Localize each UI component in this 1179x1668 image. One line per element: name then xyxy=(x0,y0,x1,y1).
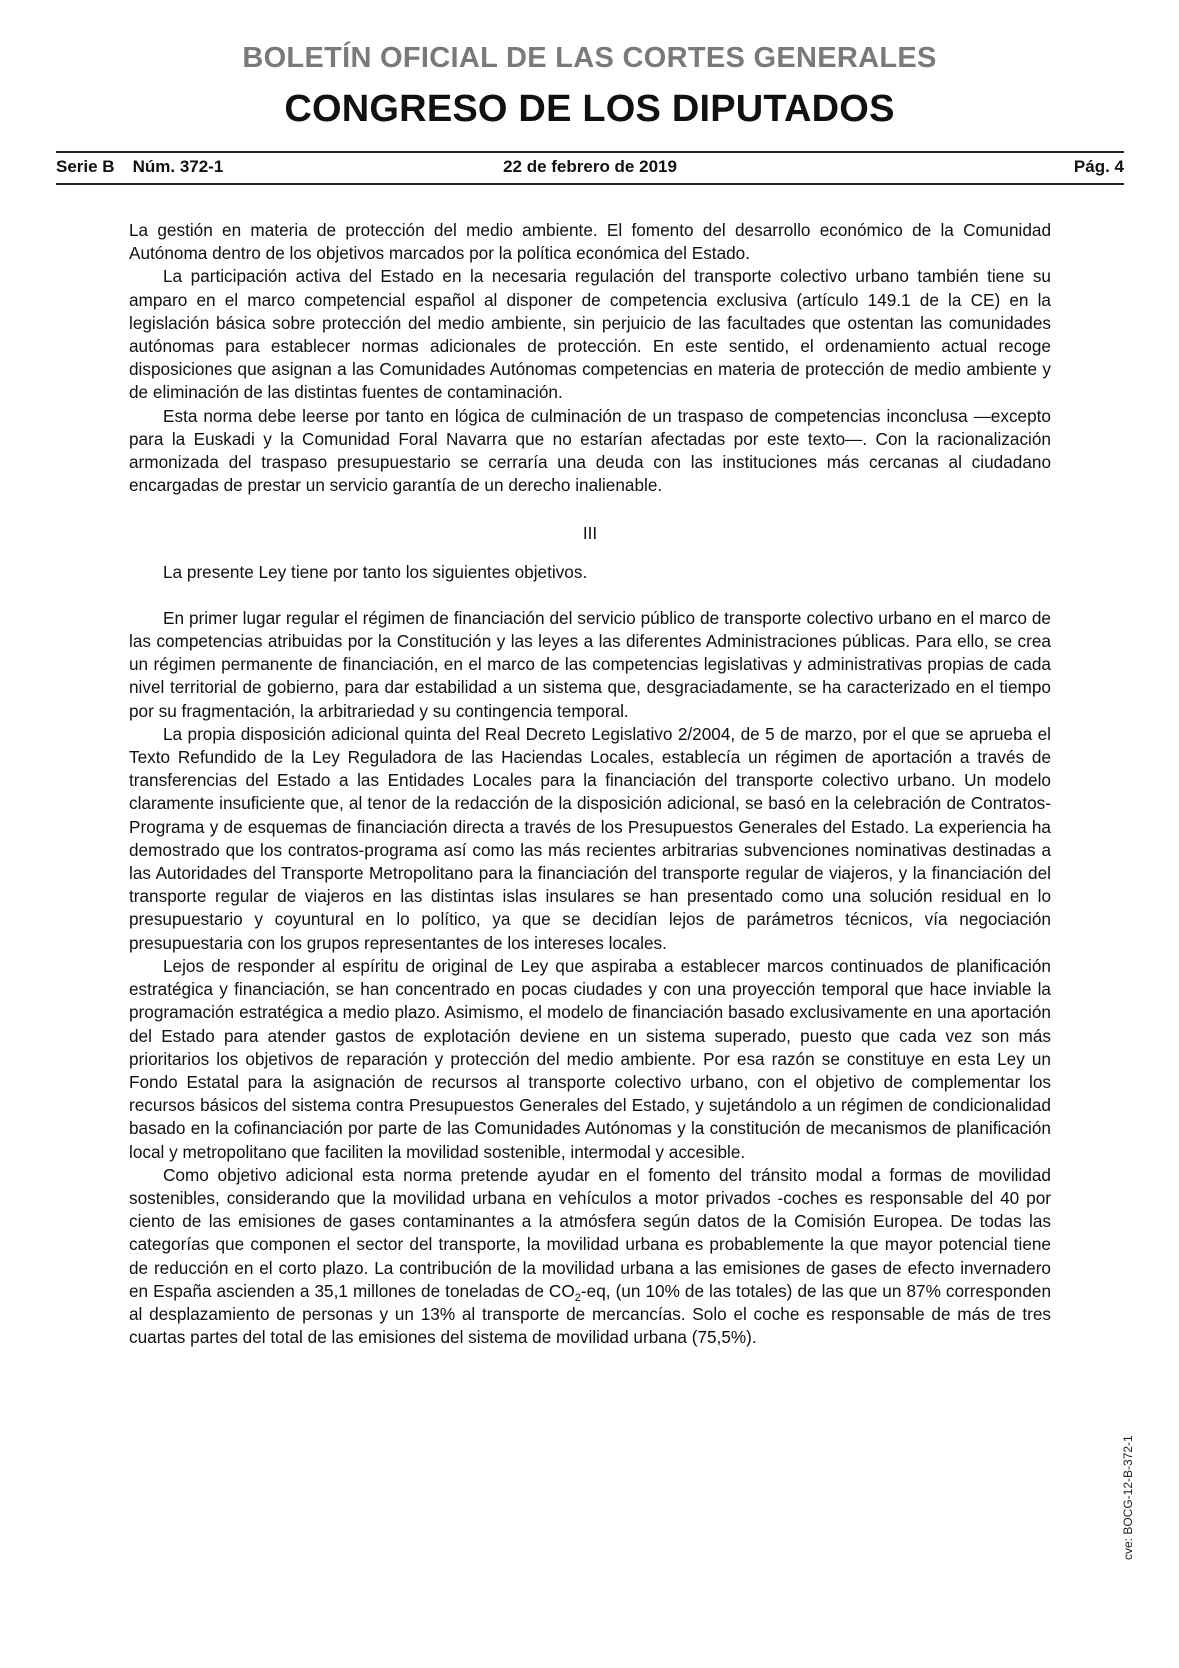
cve-code: cve: BOCG-12-B-372-1 xyxy=(1121,1435,1135,1560)
paragraph-5: En primer lugar regular el régimen de fi… xyxy=(129,607,1051,723)
paragraph-3: Esta norma debe leerse por tanto en lógi… xyxy=(129,405,1051,498)
paragraph-1: La gestión en materia de protección del … xyxy=(129,219,1051,265)
section-heading: III xyxy=(129,522,1051,545)
paragraph-8: Como objetivo adicional esta norma prete… xyxy=(129,1164,1051,1350)
paragraph-4: La presente Ley tiene por tanto los sigu… xyxy=(129,561,1051,584)
paragraph-7: Lejos de responder al espíritu de origin… xyxy=(129,955,1051,1164)
page-number: Pág. 4 xyxy=(1074,157,1124,177)
header-rule-top xyxy=(56,151,1124,153)
chamber-title: CONGRESO DE LOS DIPUTADOS xyxy=(0,88,1179,131)
header-rule-bottom xyxy=(56,183,1124,185)
document-body: La gestión en materia de protección del … xyxy=(129,219,1051,1349)
header-meta: Serie BNúm. 372-1 22 de febrero de 2019 … xyxy=(56,157,1124,179)
publication-date: 22 de febrero de 2019 xyxy=(56,157,1124,177)
publication-title: BOLETÍN OFICIAL DE LAS CORTES GENERALES xyxy=(0,42,1179,75)
paragraph-6: La propia disposición adicional quinta d… xyxy=(129,723,1051,955)
paragraph-2: La participación activa del Estado en la… xyxy=(129,265,1051,404)
